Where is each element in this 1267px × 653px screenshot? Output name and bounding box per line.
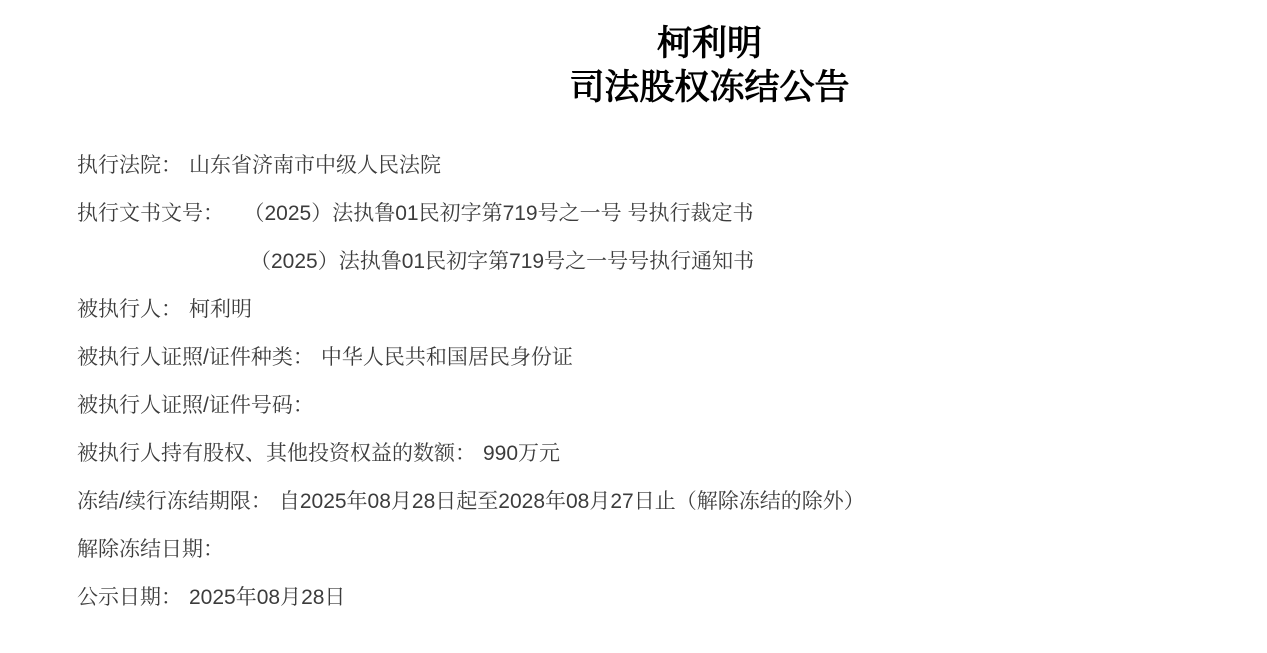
field-row-document-number-continuation: （2025）法执鲁01民初字第719号之一号号执行通知书 [77, 248, 1267, 276]
field-label: 被执行人： [77, 298, 182, 321]
page-title: 柯利明 司法股权冻结公告 [77, 22, 1267, 110]
field-value: 2025年08月28日 [189, 586, 345, 609]
field-label: 被执行人持有股权、其他投资权益的数额： [77, 442, 476, 465]
title-subject-name: 柯利明 [77, 22, 1267, 66]
fields-list: 执行法院：山东省济南市中级人民法院 执行文书文号：（2025）法执鲁01民初字第… [77, 152, 1267, 612]
field-row-equity-amount: 被执行人持有股权、其他投资权益的数额：990万元 [77, 440, 1267, 468]
field-label: 被执行人证照/证件号码： [77, 394, 314, 417]
field-value: 柯利明 [189, 298, 252, 321]
field-row-id-number: 被执行人证照/证件号码： [77, 392, 1267, 420]
field-label: 被执行人证照/证件种类： [77, 346, 314, 369]
field-label: 执行法院： [77, 154, 182, 177]
field-row-document-number: 执行文书文号：（2025）法执鲁01民初字第719号之一号 号执行裁定书 [77, 200, 1267, 228]
field-label: 冻结/续行冻结期限： [77, 490, 272, 513]
field-value: 自2025年08月28日起至2028年08月27日止（解除冻结的除外） [279, 490, 865, 513]
announcement-document: 柯利明 司法股权冻结公告 执行法院：山东省济南市中级人民法院 执行文书文号：（2… [77, 22, 1267, 612]
field-value: 中华人民共和国居民身份证 [321, 346, 573, 369]
field-row-executing-court: 执行法院：山东省济南市中级人民法院 [77, 152, 1267, 180]
title-announcement-type: 司法股权冻结公告 [77, 66, 1267, 110]
field-value: 山东省济南市中级人民法院 [189, 154, 441, 177]
field-row-freeze-period: 冻结/续行冻结期限：自2025年08月28日起至2028年08月27日止（解除冻… [77, 488, 1267, 516]
field-value: （2025）法执鲁01民初字第719号之一号号执行通知书 [250, 250, 754, 273]
field-value: 990万元 [483, 442, 560, 465]
field-label: 解除冻结日期： [77, 538, 224, 561]
field-label: 公示日期： [77, 586, 182, 609]
field-row-unfreeze-date: 解除冻结日期： [77, 536, 1267, 564]
field-row-id-type: 被执行人证照/证件种类：中华人民共和国居民身份证 [77, 344, 1267, 372]
field-row-publication-date: 公示日期：2025年08月28日 [77, 584, 1267, 612]
field-value: （2025）法执鲁01民初字第719号之一号 号执行裁定书 [254, 202, 753, 225]
field-row-person-subject: 被执行人：柯利明 [77, 296, 1267, 324]
field-label: 执行文书文号： [77, 202, 224, 225]
